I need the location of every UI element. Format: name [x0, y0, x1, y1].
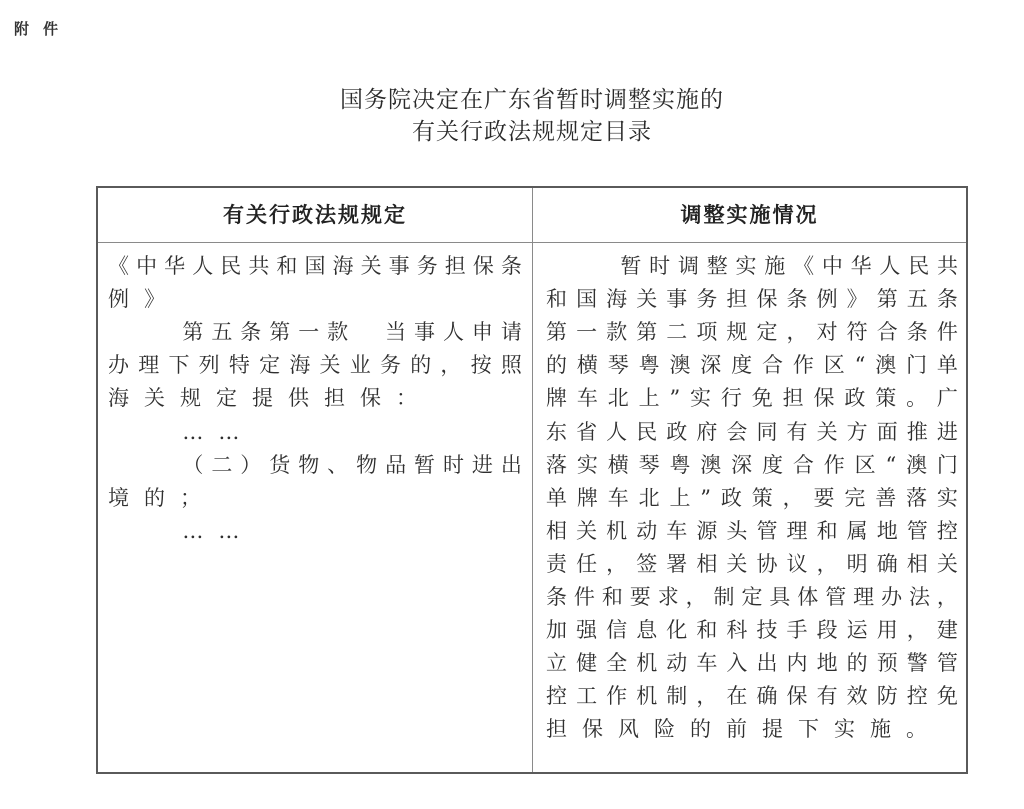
text-line: 的横琴粤澳深度合作区“澳门单	[546, 349, 958, 382]
document-title-line-2: 有关行政法规规定目录	[0, 115, 1024, 149]
text-line: 《中华人民共和国海关事务担保条	[108, 250, 522, 283]
column-header-adjustment: 调整实施情况	[533, 188, 966, 242]
text-line: 和国海关事务担保条例》第五条	[546, 283, 958, 316]
text-line: 牌车北上”实行免担保政策。广	[546, 382, 958, 415]
text-line: 东省人民政府会同有关方面推进	[546, 416, 958, 449]
text-line: 第五条第一款 当事人申请	[182, 316, 522, 349]
column-header-regulation: 有关行政法规规定	[98, 188, 532, 242]
text-line: 立健全机动车入出内地的预警管	[546, 647, 958, 680]
regulation-adjustment-table: 有关行政法规规定 调整实施情况 《中华人民共和国海关事务担保条例》第五条第一款 …	[96, 186, 968, 774]
text-line: ……	[182, 515, 254, 548]
text-line: 例》	[108, 283, 180, 316]
text-line: 条件和要求，制定具体管理办法，	[546, 581, 958, 614]
text-line: 责任，签署相关协议，明确相关	[546, 548, 958, 581]
text-line: （二）货物、物品暂时进出	[182, 449, 522, 482]
text-line: 落实横琴粤澳深度合作区“澳门	[546, 449, 958, 482]
text-line: 相关机动车源头管理和属地管控	[546, 515, 958, 548]
column-divider	[532, 188, 533, 772]
text-line: 担保风险的前提下实施。	[546, 713, 942, 746]
text-line: 办理下列特定海关业务的，按照	[108, 349, 522, 382]
text-line: ……	[182, 416, 254, 449]
document-title-line-1: 国务院决定在广东省暂时调整实施的	[0, 83, 1024, 117]
header-divider	[98, 242, 966, 243]
text-line: 单牌车北上”政策，要完善落实	[546, 482, 958, 515]
text-line: 加强信息化和科技手段运用，建	[546, 614, 958, 647]
text-line: 暂时调整实施《中华人民共	[620, 250, 958, 283]
text-line: 海关规定提供担保：	[108, 382, 432, 415]
attachment-label: 附件	[14, 18, 72, 39]
text-line: 第一款第二项规定，对符合条件	[546, 316, 958, 349]
text-line: 控工作机制，在确保有效防控免	[546, 680, 958, 713]
text-line: 境的；	[108, 482, 216, 515]
